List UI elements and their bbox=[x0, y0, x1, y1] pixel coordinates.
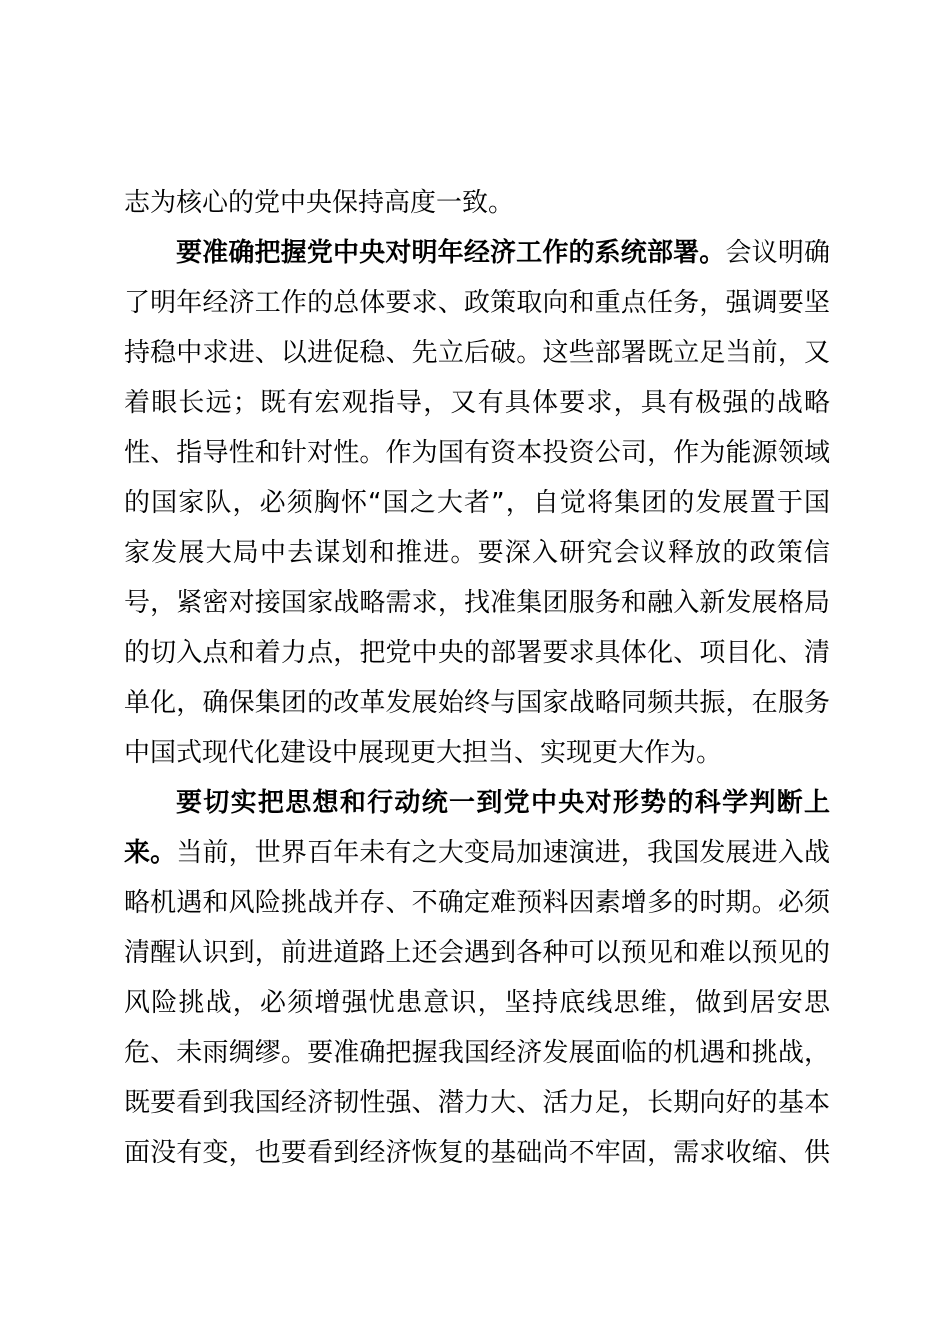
text-segment: 持稳中求进、以进促稳、先立后破。这些部署既立足当前，又 bbox=[124, 338, 830, 368]
text-line: 中国式现代化建设中展现更大担当、实现更大作为。 bbox=[124, 728, 830, 778]
text-segment: 当前，世界百年未有之大变局加速演进，我国发展进入战 bbox=[176, 838, 830, 868]
text-line: 的切入点和着力点，把党中央的部署要求具体化、项目化、清 bbox=[124, 628, 830, 678]
text-segment: 性、指导性和针对性。作为国有资本投资公司，作为能源领域 bbox=[124, 438, 830, 468]
text-segment: 既要看到我国经济韧性强、潜力大、活力足，长期向好的基本 bbox=[124, 1088, 830, 1118]
text-line: 家发展大局中去谋划和推进。要深入研究会议释放的政策信 bbox=[124, 528, 830, 578]
text-line: 既要看到我国经济韧性强、潜力大、活力足，长期向好的基本 bbox=[124, 1078, 830, 1128]
text-line: 要准确把握党中央对明年经济工作的系统部署。会议明确 bbox=[124, 228, 830, 278]
text-line: 面没有变，也要看到经济恢复的基础尚不牢固，需求收缩、供 bbox=[124, 1128, 830, 1178]
text-segment: 的切入点和着力点，把党中央的部署要求具体化、项目化、清 bbox=[124, 638, 830, 668]
text-segment: 号，紧密对接国家战略需求，找准集团服务和融入新发展格局 bbox=[124, 588, 830, 618]
text-line: 单化，确保集团的改革发展始终与国家战略同频共振，在服务 bbox=[124, 678, 830, 728]
bold-text-segment: 要准确把握党中央对明年经济工作的系统部署。 bbox=[176, 238, 725, 268]
text-line: 号，紧密对接国家战略需求，找准集团服务和融入新发展格局 bbox=[124, 578, 830, 628]
text-segment: 风险挑战，必须增强忧患意识，坚持底线思维，做到居安思 bbox=[124, 988, 830, 1018]
text-segment: 危、未雨绸缪。要准确把握我国经济发展面临的机遇和挑战， bbox=[124, 1038, 830, 1068]
text-line: 志为核心的党中央保持高度一致。 bbox=[124, 178, 830, 228]
text-segment: 面没有变，也要看到经济恢复的基础尚不牢固，需求收缩、供 bbox=[124, 1138, 830, 1168]
document-body: 志为核心的党中央保持高度一致。要准确把握党中央对明年经济工作的系统部署。会议明确… bbox=[124, 178, 830, 1178]
text-segment: 着眼长远；既有宏观指导，又有具体要求，具有极强的战略 bbox=[124, 388, 830, 418]
text-line: 清醒认识到，前进道路上还会遇到各种可以预见和难以预见的 bbox=[124, 928, 830, 978]
text-segment: 略机遇和风险挑战并存、不确定难预料因素增多的时期。必须 bbox=[124, 888, 830, 918]
text-segment: 会议明确 bbox=[725, 238, 830, 268]
text-segment: 中国式现代化建设中展现更大担当、实现更大作为。 bbox=[124, 738, 722, 768]
text-segment: 清醒认识到，前进道路上还会遇到各种可以预见和难以预见的 bbox=[124, 938, 830, 968]
text-line: 略机遇和风险挑战并存、不确定难预料因素增多的时期。必须 bbox=[124, 878, 830, 928]
text-line: 了明年经济工作的总体要求、政策取向和重点任务，强调要坚 bbox=[124, 278, 830, 328]
text-line: 来。当前，世界百年未有之大变局加速演进，我国发展进入战 bbox=[124, 828, 830, 878]
text-line: 风险挑战，必须增强忧患意识，坚持底线思维，做到居安思 bbox=[124, 978, 830, 1028]
document-page: 志为核心的党中央保持高度一致。要准确把握党中央对明年经济工作的系统部署。会议明确… bbox=[0, 0, 950, 1344]
text-line: 持稳中求进、以进促稳、先立后破。这些部署既立足当前，又 bbox=[124, 328, 830, 378]
text-segment: 了明年经济工作的总体要求、政策取向和重点任务，强调要坚 bbox=[124, 288, 830, 318]
text-line: 要切实把思想和行动统一到党中央对形势的科学判断上 bbox=[124, 778, 830, 828]
text-line: 着眼长远；既有宏观指导，又有具体要求，具有极强的战略 bbox=[124, 378, 830, 428]
text-line: 危、未雨绸缪。要准确把握我国经济发展面临的机遇和挑战， bbox=[124, 1028, 830, 1078]
text-line: 性、指导性和针对性。作为国有资本投资公司，作为能源领域 bbox=[124, 428, 830, 478]
text-segment: 的国家队，必须胸怀“国之大者”，自觉将集团的发展置于国 bbox=[124, 488, 830, 518]
text-segment: 家发展大局中去谋划和推进。要深入研究会议释放的政策信 bbox=[124, 538, 830, 568]
bold-text-segment: 要切实把思想和行动统一到党中央对形势的科学判断上 bbox=[176, 788, 830, 818]
text-line: 的国家队，必须胸怀“国之大者”，自觉将集团的发展置于国 bbox=[124, 478, 830, 528]
text-segment: 志为核心的党中央保持高度一致。 bbox=[124, 188, 514, 218]
text-segment: 单化，确保集团的改革发展始终与国家战略同频共振，在服务 bbox=[124, 688, 830, 718]
bold-text-segment: 来。 bbox=[124, 838, 176, 868]
